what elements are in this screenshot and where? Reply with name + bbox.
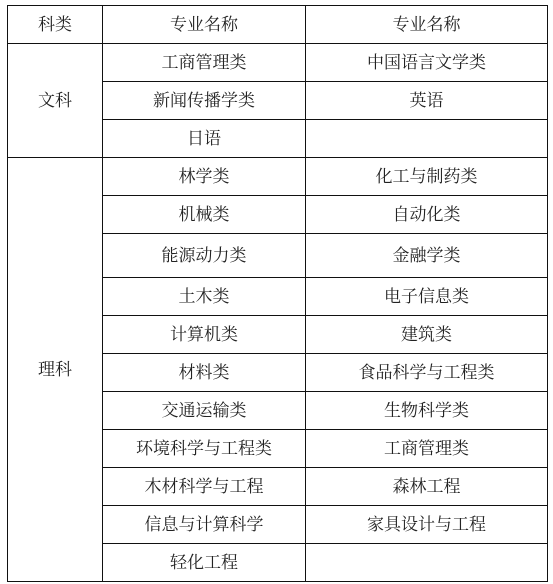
- major-cell: 轻化工程: [103, 544, 306, 582]
- major-cell: 家具设计与工程: [306, 506, 548, 544]
- major-cell: 工商管理类: [103, 44, 306, 82]
- major-cell: 新闻传播学类: [103, 82, 306, 120]
- major-cell: 工商管理类: [306, 430, 548, 468]
- major-cell: 林学类: [103, 158, 306, 196]
- major-cell: 中国语言文学类: [306, 44, 548, 82]
- header-major-name-2: 专业名称: [306, 6, 548, 44]
- category-cell-liberal-arts: 文科: [8, 44, 103, 158]
- major-cell: 木材科学与工程: [103, 468, 306, 506]
- major-cell: 能源动力类: [103, 234, 306, 278]
- major-cell-empty: [306, 544, 548, 582]
- major-cell: 食品科学与工程类: [306, 354, 548, 392]
- major-cell-empty: [306, 120, 548, 158]
- category-cell-science: 理科: [8, 158, 103, 582]
- major-cell: 化工与制药类: [306, 158, 548, 196]
- header-row: 科类 专业名称 专业名称: [8, 6, 548, 44]
- major-cell: 电子信息类: [306, 278, 548, 316]
- table-row: 文科 工商管理类 中国语言文学类: [8, 44, 548, 82]
- header-category: 科类: [8, 6, 103, 44]
- major-cell: 自动化类: [306, 196, 548, 234]
- major-cell: 日语: [103, 120, 306, 158]
- major-cell: 金融学类: [306, 234, 548, 278]
- table-row: 理科 林学类 化工与制药类: [8, 158, 548, 196]
- majors-table: 科类 专业名称 专业名称 文科 工商管理类 中国语言文学类 新闻传播学类 英语 …: [7, 5, 548, 582]
- major-cell: 交通运输类: [103, 392, 306, 430]
- major-cell: 信息与计算科学: [103, 506, 306, 544]
- major-cell: 英语: [306, 82, 548, 120]
- header-major-name-1: 专业名称: [103, 6, 306, 44]
- major-cell: 环境科学与工程类: [103, 430, 306, 468]
- major-cell: 生物科学类: [306, 392, 548, 430]
- major-cell: 计算机类: [103, 316, 306, 354]
- major-cell: 森林工程: [306, 468, 548, 506]
- major-cell: 建筑类: [306, 316, 548, 354]
- major-cell: 机械类: [103, 196, 306, 234]
- major-cell: 土木类: [103, 278, 306, 316]
- major-cell: 材料类: [103, 354, 306, 392]
